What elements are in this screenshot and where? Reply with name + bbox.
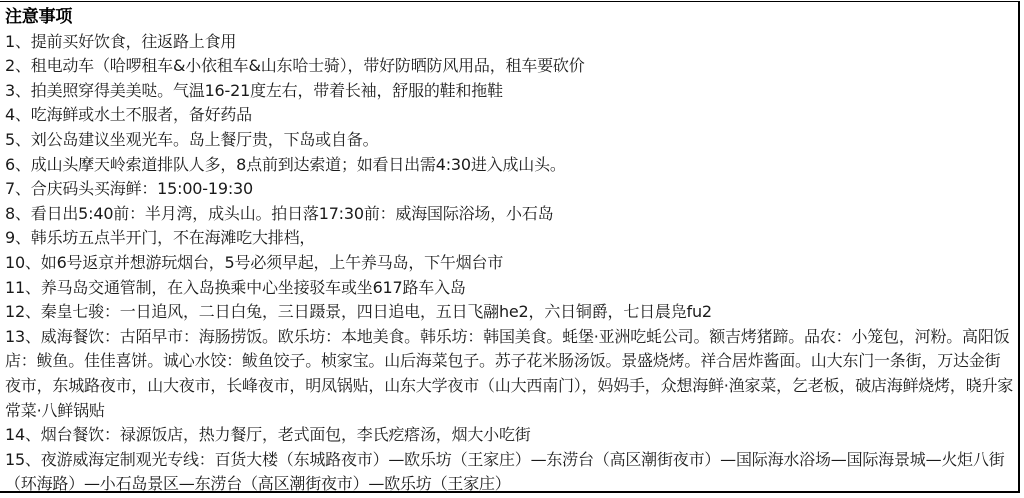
list-item: 15、夜游威海定制观光专线：百货大楼（东城路夜市）—欧乐坊（王家庄）—东涝台（高… — [5, 448, 1014, 497]
list-item: 3、拍美照穿得美美哒。气温16-21度左右，带着长袖，舒服的鞋和拖鞋 — [5, 79, 1014, 104]
item-number: 12、 — [5, 302, 41, 321]
list-item: 9、韩乐坊五点半开门，不在海滩吃大排档， — [5, 226, 1014, 251]
item-number: 8、 — [5, 204, 31, 223]
notes-content: 注意事项 1、提前买好饮食，往返路上食用 2、租电动车（哈啰租车&小依租车&山东… — [5, 5, 1014, 497]
item-number: 5、 — [5, 130, 31, 149]
item-text: 秦皇七骏：一日追风，二日白兔，三日蹑景，四日追电，五日飞翮he2，六日铜爵，七日… — [41, 302, 712, 321]
item-text: 韩乐坊五点半开门，不在海滩吃大排档， — [31, 228, 315, 247]
item-text: 如6号返京并想游玩烟台，5号必须早起，上午养马岛，下午烟台市 — [41, 253, 503, 272]
item-number: 10、 — [5, 253, 41, 272]
item-number: 4、 — [5, 105, 31, 124]
list-item: 7、合庆码头买海鲜：15:00-19:30 — [5, 177, 1014, 202]
list-item: 11、养马岛交通管制，在入岛换乘中心坐接驳车或坐617路车入岛 — [5, 276, 1014, 301]
item-text: 看日出5:40前：半月湾，成头山。拍日落17:30前：威海国际浴场，小石岛 — [31, 204, 554, 223]
list-item: 14、烟台餐饮：禄源饭店，热力餐厅，老式面包，李氏疙瘩汤，烟大小吃街 — [5, 423, 1014, 448]
item-number: 3、 — [5, 81, 31, 100]
item-text: 合庆码头买海鲜：15:00-19:30 — [31, 179, 253, 198]
item-text: 刘公岛建议坐观光车。岛上餐厅贵，下岛或自备。 — [31, 130, 379, 149]
list-item: 13、威海餐饮：古陌早市：海肠捞饭。欧乐坊：本地美食。韩乐坊：韩国美食。蚝堡·亚… — [5, 325, 1014, 423]
list-item: 6、成山头摩天岭索道排队人多，8点前到达索道；如看日出需4:30进入成山头。 — [5, 153, 1014, 178]
item-text: 养马岛交通管制，在入岛换乘中心坐接驳车或坐617路车入岛 — [41, 278, 466, 297]
item-number: 14、 — [5, 425, 41, 444]
item-number: 9、 — [5, 228, 31, 247]
item-text: 烟台餐饮：禄源饭店，热力餐厅，老式面包，李氏疙瘩汤，烟大小吃街 — [41, 425, 531, 444]
item-number: 6、 — [5, 155, 31, 174]
list-item: 12、秦皇七骏：一日追风，二日白兔，三日蹑景，四日追电，五日飞翮he2，六日铜爵… — [5, 300, 1014, 325]
item-number: 1、 — [5, 32, 31, 51]
list-item: 8、看日出5:40前：半月湾，成头山。拍日落17:30前：威海国际浴场，小石岛 — [5, 202, 1014, 227]
notes-title: 注意事项 — [5, 5, 1014, 30]
item-text: 夜游威海定制观光专线：百货大楼（东城路夜市）—欧乐坊（王家庄）—东涝台（高区潮街… — [5, 450, 1005, 494]
item-number: 15、 — [5, 450, 41, 469]
list-item: 1、提前买好饮食，往返路上食用 — [5, 30, 1014, 55]
list-item: 2、租电动车（哈啰租车&小依租车&山东哈士骑），带好防晒防风用品，租车要砍价 — [5, 54, 1014, 79]
item-number: 2、 — [5, 56, 31, 75]
list-item: 10、如6号返京并想游玩烟台，5号必须早起，上午养马岛，下午烟台市 — [5, 251, 1014, 276]
item-text: 拍美照穿得美美哒。气温16-21度左右，带着长袖，舒服的鞋和拖鞋 — [31, 81, 503, 100]
item-text: 吃海鲜或水土不服者，备好药品 — [31, 105, 252, 124]
list-item: 4、吃海鲜或水土不服者，备好药品 — [5, 103, 1014, 128]
list-item: 5、刘公岛建议坐观光车。岛上餐厅贵，下岛或自备。 — [5, 128, 1014, 153]
item-number: 13、 — [5, 327, 41, 346]
item-text: 租电动车（哈啰租车&小依租车&山东哈士骑），带好防晒防风用品，租车要砍价 — [31, 56, 585, 75]
item-text: 成山头摩天岭索道排队人多，8点前到达索道；如看日出需4:30进入成山头。 — [31, 155, 566, 174]
notes-panel: 注意事项 1、提前买好饮食，往返路上食用 2、租电动车（哈啰租车&小依租车&山东… — [0, 1, 1020, 493]
item-text: 提前买好饮食，往返路上食用 — [31, 32, 236, 51]
item-number: 11、 — [5, 278, 41, 297]
item-text: 威海餐饮：古陌早市：海肠捞饭。欧乐坊：本地美食。韩乐坊：韩国美食。蚝堡·亚洲吃蚝… — [5, 327, 1013, 420]
item-number: 7、 — [5, 179, 31, 198]
